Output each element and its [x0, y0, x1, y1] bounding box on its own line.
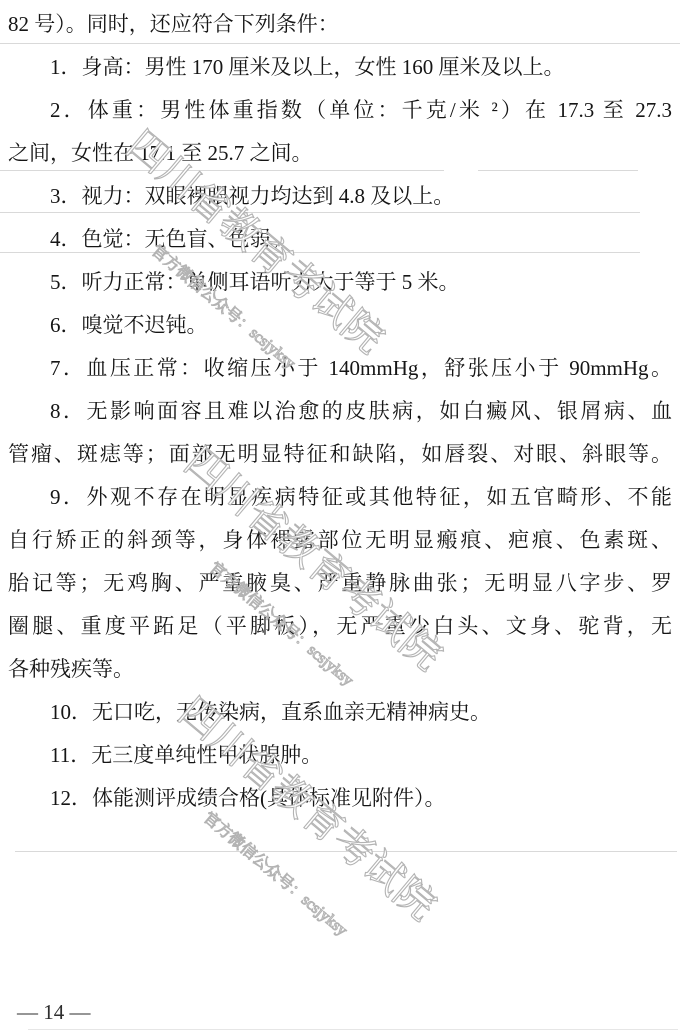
text-line: 4．色觉：无色盲、色弱。 — [8, 218, 672, 261]
divider-line — [28, 1029, 678, 1030]
text-line: 8．无影响面容且难以治愈的皮肤病，如白癜风、银屑病、血 — [8, 390, 672, 433]
text-line: 7．血压正常：收缩压小于 140mmHg，舒张压小于 90mmHg。 — [8, 347, 672, 390]
text-line: 10．无口吃，无传染病，直系血亲无精神病史。 — [8, 691, 672, 734]
text-line: 5．听力正常：单侧耳语听力大于等于 5 米。 — [8, 261, 672, 304]
text-line: 各种残疾等。 — [8, 648, 672, 691]
document-page: 82 号）。同时，还应符合下列条件： 1．身高：男性 170 厘米及以上，女性 … — [0, 0, 680, 1033]
text-line: 12．体能测评成绩合格(具体标准见附件）。 — [8, 777, 672, 820]
divider-line — [15, 851, 677, 852]
text-line: 之间，女性在 17.1 至 25.7 之间。 — [8, 132, 672, 175]
text-line: 3．视力：双眼裸眼视力均达到 4.8 及以上。 — [8, 175, 672, 218]
body-text: 82 号）。同时，还应符合下列条件： 1．身高：男性 170 厘米及以上，女性 … — [8, 3, 672, 820]
text-line: 6．嗅觉不迟钝。 — [8, 304, 672, 347]
text-line: 1．身高：男性 170 厘米及以上，女性 160 厘米及以上。 — [8, 46, 672, 89]
text-line: 胎记等；无鸡胸、严重腋臭、严重静脉曲张；无明显八字步、罗 — [8, 562, 672, 605]
text-line: 9．外观不存在明显疾病特征或其他特征，如五官畸形、不能 — [8, 476, 672, 519]
watermark-subtitle: 官方微信公众号：scsjyksy — [199, 809, 390, 973]
text-line: 82 号）。同时，还应符合下列条件： — [8, 3, 672, 46]
page-number: — 14 — — [17, 1000, 91, 1024]
text-line: 自行矫正的斜颈等，身体裸露部位无明显瘢痕、疤痕、色素斑、 — [8, 519, 672, 562]
text-line: 2．体重：男性体重指数（单位：千克/米 ²）在 17.3 至 27.3 — [8, 89, 672, 132]
text-line: 管瘤、斑痣等；面部无明显特征和缺陷，如唇裂、对眼、斜眼等。 — [8, 433, 672, 476]
text-line: 圈腿、重度平跖足（平脚板），无严重少白头、文身、驼背，无 — [8, 605, 672, 648]
text-line: 11．无三度单纯性甲状腺肿。 — [8, 734, 672, 777]
